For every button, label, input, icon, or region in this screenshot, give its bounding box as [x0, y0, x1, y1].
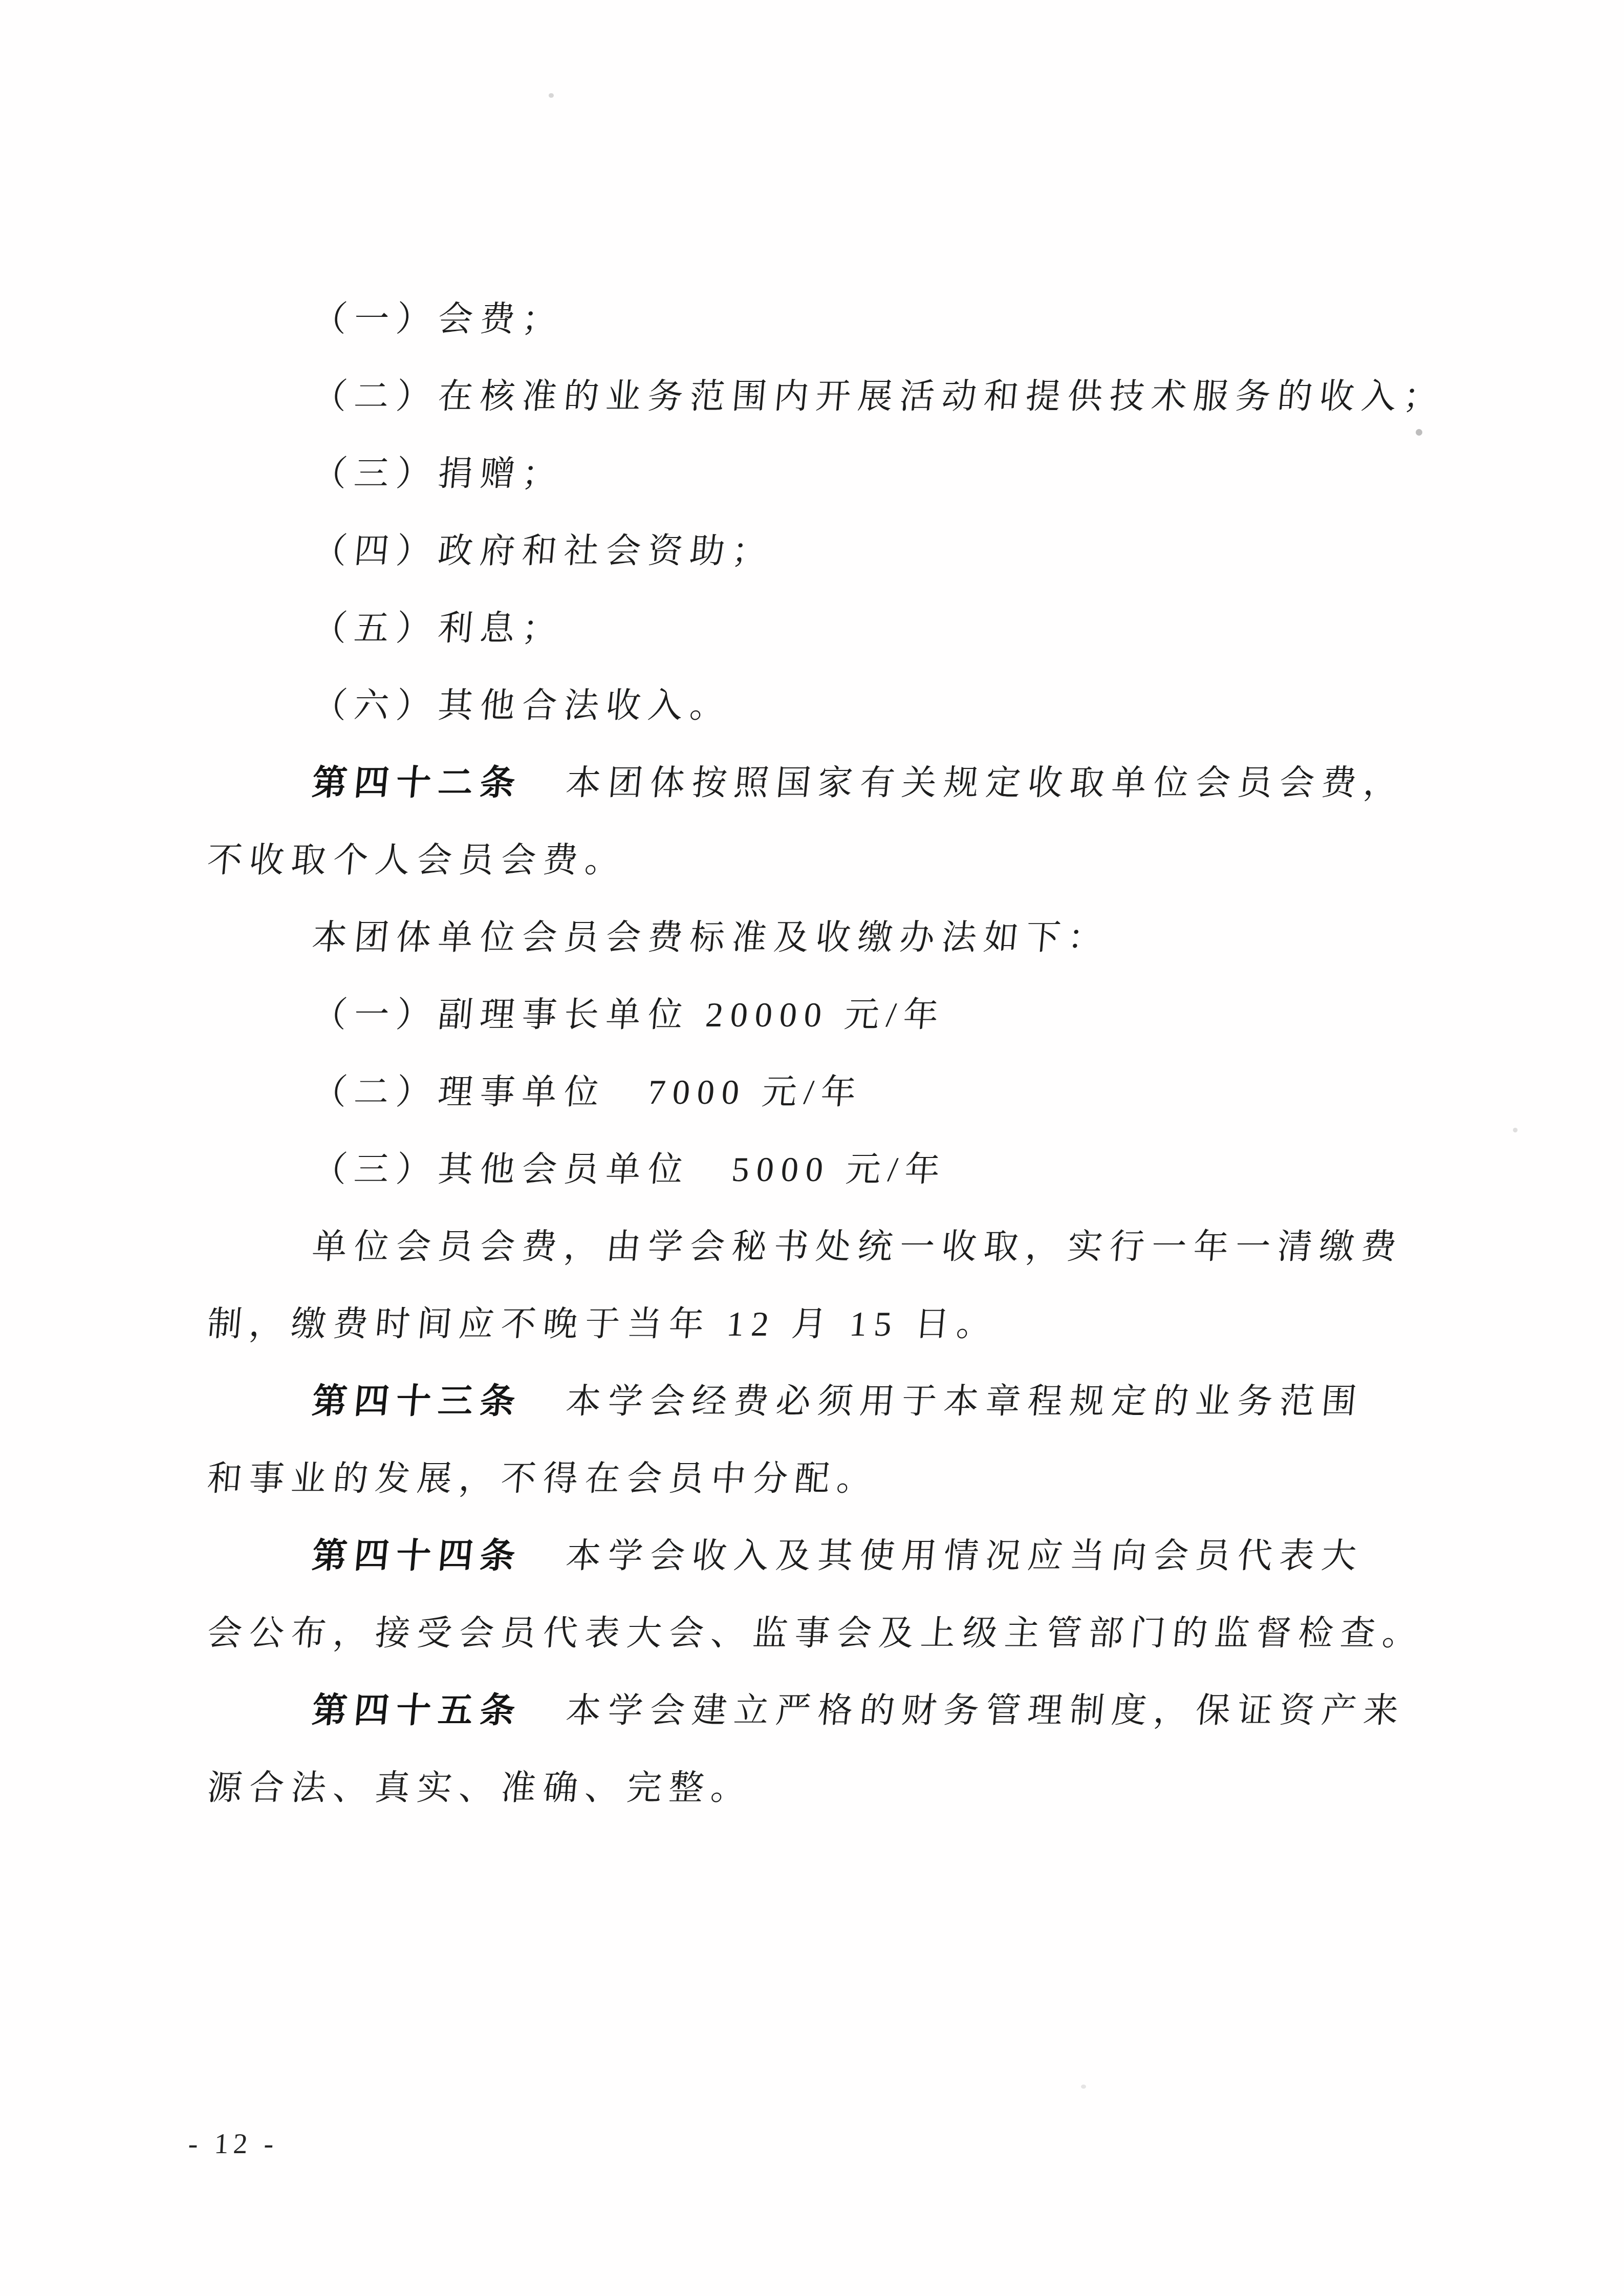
text-line: 第四十四条本学会收入及其使用情况应当向会员代表大 [204, 1517, 1439, 1595]
line-text: （三）其他会员单位 5000 元/年 [311, 1150, 949, 1189]
text-line: 第四十二条本团体按照国家有关规定收取单位会员会费， [204, 744, 1439, 822]
article-number: 第四十五条 [311, 1691, 524, 1730]
scan-speck [1513, 1128, 1518, 1132]
text-line: 制，缴费时间应不晚于当年 12 月 15 日。 [204, 1285, 1439, 1363]
text-line: （六）其他合法收入。 [204, 667, 1439, 744]
article-number: 第四十四条 [311, 1536, 524, 1575]
line-text: 会公布，接受会员代表大会、监事会及上级主管部门的监督检查。 [206, 1614, 1426, 1653]
text-line: （二）在核准的业务范围内开展活动和提供技术服务的收入； [204, 358, 1439, 435]
line-text: （一）会费； [311, 299, 566, 338]
line-text: 制，缴费时间应不晚于当年 12 月 15 日。 [206, 1304, 1001, 1343]
text-line: 本团体单位会员会费标准及收缴办法如下： [204, 899, 1439, 976]
text-line: 单位会员会费，由学会秘书处统一收取，实行一年一清缴费 [204, 1208, 1439, 1285]
body-text: （一）会费； （二）在核准的业务范围内开展活动和提供技术服务的收入； （三）捐赠… [207, 281, 1436, 1827]
text-line: 会公布，接受会员代表大会、监事会及上级主管部门的监督检查。 [204, 1595, 1439, 1672]
line-text: （一）副理事长单位 20000 元/年 [311, 995, 947, 1034]
line-text: （三）捐赠； [311, 454, 566, 493]
line-text: 本学会建立严格的财务管理制度，保证资产来 [565, 1691, 1408, 1730]
text-line: （三）其他会员单位 5000 元/年 [204, 1131, 1439, 1208]
text-line: 源合法、真实、准确、完整。 [204, 1749, 1439, 1827]
text-line: （一）会费； [204, 281, 1439, 358]
text-line: 第四十三条本学会经费必须用于本章程规定的业务范围 [204, 1363, 1439, 1440]
line-text: （二）理事单位 7000 元/年 [311, 1072, 865, 1111]
line-text: （五）利息； [311, 609, 566, 648]
text-line: （三）捐赠； [204, 435, 1439, 512]
line-text: 本学会经费必须用于本章程规定的业务范围 [565, 1382, 1366, 1421]
line-text: 本学会收入及其使用情况应当向会员代表大 [565, 1536, 1366, 1575]
line-text: 和事业的发展，不得在会员中分配。 [206, 1459, 881, 1498]
text-line: （五）利息； [204, 590, 1439, 667]
text-line: （一）副理事长单位 20000 元/年 [204, 976, 1439, 1054]
text-line: 第四十五条本学会建立严格的财务管理制度，保证资产来 [204, 1672, 1439, 1749]
article-number: 第四十三条 [311, 1382, 524, 1421]
line-text: 本团体按照国家有关规定收取单位会员会费， [565, 763, 1408, 802]
line-text: 本团体单位会员会费标准及收缴办法如下： [311, 918, 1112, 957]
line-text: （二）在核准的业务范围内开展活动和提供技术服务的收入； [311, 377, 1447, 416]
document-page: （一）会费； （二）在核准的业务范围内开展活动和提供技术服务的收入； （三）捐赠… [0, 0, 1624, 2296]
line-text: 单位会员会费，由学会秘书处统一收取，实行一年一清缴费 [311, 1227, 1405, 1266]
line-text: （六）其他合法收入。 [311, 686, 734, 725]
text-line: 和事业的发展，不得在会员中分配。 [204, 1440, 1439, 1517]
text-line: 不收取个人会员会费。 [204, 822, 1439, 899]
line-text: （四）政府和社会资助； [311, 531, 776, 570]
page-number: - 12 - [187, 2128, 279, 2160]
line-text: 不收取个人会员会费。 [206, 841, 629, 879]
scan-speck [1416, 429, 1422, 436]
article-number: 第四十二条 [311, 763, 524, 802]
line-text: 源合法、真实、准确、完整。 [206, 1768, 755, 1807]
text-line: （二）理事单位 7000 元/年 [204, 1054, 1439, 1131]
scan-speck [549, 93, 554, 98]
text-line: （四）政府和社会资助； [204, 512, 1439, 590]
scan-speck [1081, 2085, 1086, 2089]
